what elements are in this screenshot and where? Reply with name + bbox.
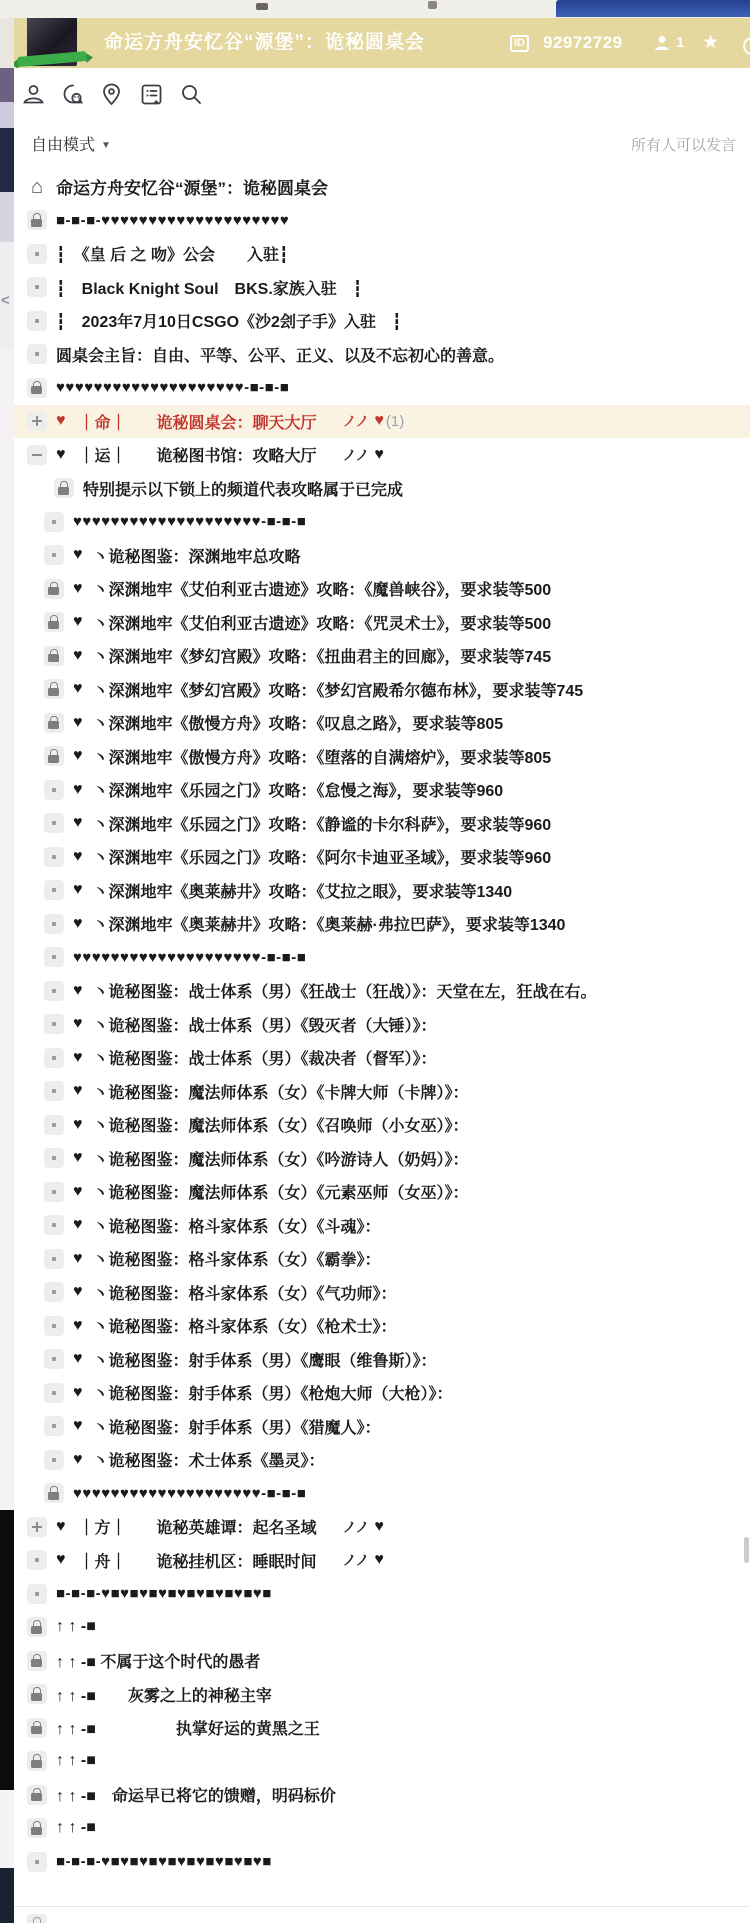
heart-icon: ♥ xyxy=(73,814,83,832)
lock-icon xyxy=(27,1818,47,1838)
heart-icon: ♥ xyxy=(73,781,83,799)
channel-text: ♥♥♥♥♥♥♥♥♥♥♥♥♥♥♥♥♥♥♥♥-■-■-■ xyxy=(73,1485,306,1502)
channel-tag: ｜运｜ xyxy=(79,443,127,466)
scrollbar-thumb[interactable] xyxy=(744,1537,749,1563)
channel-row[interactable]: ┇ 2023年7月10日CSGO《沙2刽子手》入驻 ┇ xyxy=(14,304,750,338)
channel-text: 丶深渊地牢《艾伯利亚古遗迹》攻略：《魔兽峡谷》，要求装等500 xyxy=(93,577,552,600)
partial-header-icon xyxy=(743,37,750,55)
channel-row[interactable]: ♥丶诡秘图鉴：魔法师体系（女）《召唤师（小女巫）》： xyxy=(14,1108,750,1142)
dot-icon xyxy=(44,813,64,833)
channel-row[interactable]: ♥丶诡秘图鉴：深渊地牢总攻略 xyxy=(14,539,750,573)
heart-icon: ♥ xyxy=(374,1551,384,1569)
lock-icon xyxy=(44,679,64,699)
channel-row[interactable]: ♥丶诡秘图鉴：魔法师体系（女）《卡牌大师（卡牌）》： xyxy=(14,1075,750,1109)
channel-row[interactable]: ♥丶深渊地牢《艾伯利亚古遗迹》攻略：《魔兽峡谷》，要求装等500 xyxy=(14,572,750,606)
background-page-strip xyxy=(0,18,14,68)
lock-icon xyxy=(27,1751,47,1771)
channel-category-row[interactable]: ♥｜方｜诡秘英雄谭：起名圣域ノノ♥ xyxy=(14,1510,750,1544)
channel-text: 丶诡秘图鉴：战士体系（男）《裁决者（督军）》： xyxy=(93,1046,437,1069)
lock-icon xyxy=(27,210,47,230)
channel-category-row[interactable]: ♥｜运｜诡秘图书馆：攻略大厅ノノ♥ xyxy=(14,438,750,472)
heart-icon: ♥ xyxy=(374,446,384,464)
heart-icon: ♥ xyxy=(374,1518,384,1536)
dot-icon xyxy=(44,1450,64,1470)
channel-row[interactable]: ↑ ↑ -■ xyxy=(14,1611,750,1645)
dot-icon xyxy=(44,1081,64,1101)
location-pin-icon[interactable] xyxy=(98,81,125,108)
mode-label: 自由模式 xyxy=(31,137,95,154)
heart-icon: ♥ xyxy=(73,1417,83,1435)
channel-text: 丶诡秘图鉴：魔法师体系（女）《元素巫师（女巫）》： xyxy=(93,1180,469,1203)
channel-suffix: ノノ xyxy=(343,411,370,431)
channel-row[interactable]: ♥丶深渊地牢《乐园之门》攻略：《阿尔卡迪亚圣域》，要求装等960 xyxy=(14,840,750,874)
channel-row[interactable]: ♥丶深渊地牢《乐园之门》攻略：《静谧的卡尔科萨》，要求装等960 xyxy=(14,807,750,841)
favorite-star-icon[interactable]: ★ xyxy=(702,18,719,68)
channel-row[interactable]: ┇ Black Knight Soul BKS.家族入驻 ┇ xyxy=(14,271,750,305)
heart-icon: ♥ xyxy=(56,446,66,464)
channel-text: ↑ ↑ -■ 命运早已将它的馈赠，明码标价 xyxy=(56,1783,336,1806)
heart-icon: ♥ xyxy=(73,982,83,1000)
dot-icon xyxy=(44,1249,64,1269)
channel-text: 丶深渊地牢《乐园之门》攻略：《阿尔卡迪亚圣域》，要求装等960 xyxy=(93,845,552,868)
minus-icon xyxy=(27,445,47,465)
channel-text: 丶深渊地牢《艾伯利亚古遗迹》攻略：《咒灵术士》，要求装等500 xyxy=(93,611,552,634)
dot-icon xyxy=(44,1148,64,1168)
channel-text: 丶深渊地牢《乐园之门》攻略：《静谧的卡尔科萨》，要求装等960 xyxy=(93,812,552,835)
dot-icon xyxy=(27,1584,47,1604)
channel-row[interactable]: ♥丶诡秘图鉴：战士体系（男）《狂战士（狂战）》：天堂在左，狂战在右。 xyxy=(14,974,750,1008)
channel-text: ↑ ↑ -■ 灰雾之上的神秘主宰 xyxy=(56,1683,272,1706)
lock-icon xyxy=(44,646,64,666)
channel-tag: ｜舟｜ xyxy=(79,1549,127,1572)
channel-name: 诡秘挂机区：睡眠时间 xyxy=(157,1549,317,1572)
channel-text: 丶诡秘图鉴：格斗家体系（女）《霸拳》： xyxy=(93,1247,381,1270)
lock-icon xyxy=(27,378,47,398)
channel-row[interactable]: 特别提示以下锁上的频道代表攻略属于已完成 xyxy=(14,472,750,506)
channel-text: ♥♥♥♥♥♥♥♥♥♥♥♥♥♥♥♥♥♥♥♥-■-■-■ xyxy=(73,949,306,966)
channel-text: ♥♥♥♥♥♥♥♥♥♥♥♥♥♥♥♥♥♥♥♥-■-■-■ xyxy=(56,379,289,396)
background-smudge xyxy=(256,3,268,10)
channel-list: ⌂命运方舟安忆谷“源堡”：诡秘圆桌会■-■-■-♥♥♥♥♥♥♥♥♥♥♥♥♥♥♥♥… xyxy=(14,170,750,1879)
chevron-down-icon: ▼ xyxy=(101,122,111,170)
channel-text: 丶诡秘图鉴：魔法师体系（女）《卡牌大师（卡牌）》： xyxy=(93,1080,469,1103)
divider xyxy=(14,1906,750,1907)
dot-icon xyxy=(27,244,47,264)
post-board-icon[interactable] xyxy=(138,81,165,108)
mode-bar: 自由模式▼ 所有人可以发言 xyxy=(14,122,750,170)
heart-icon: ♥ xyxy=(73,1015,83,1033)
channel-category-row[interactable]: ♥｜舟｜诡秘挂机区：睡眠时间ノノ♥ xyxy=(14,1544,750,1578)
dot-icon xyxy=(44,847,64,867)
online-members-icon[interactable] xyxy=(652,33,672,53)
channel-text: ┇ 2023年7月10日CSGO《沙2刽子手》入驻 ┇ xyxy=(56,309,402,332)
channel-text: ■-■-■-♥♥♥♥♥♥♥♥♥♥♥♥♥♥♥♥♥♥♥♥ xyxy=(56,212,289,229)
background-smudge xyxy=(428,1,437,9)
channel-text: 丶诡秘图鉴：魔法师体系（女）《吟游诗人（奶妈）》： xyxy=(93,1147,469,1170)
heart-icon: ♥ xyxy=(73,546,83,564)
plus-icon xyxy=(27,1517,47,1537)
dot-icon xyxy=(44,1215,64,1235)
channel-tag: ｜方｜ xyxy=(79,1515,127,1538)
lock-icon xyxy=(44,713,64,733)
dot-icon xyxy=(44,1383,64,1403)
channel-row[interactable]: ♥丶诡秘图鉴：术士体系《墨灵》： xyxy=(14,1443,750,1477)
channel-text: 丶深渊地牢《乐园之门》攻略：《怠慢之海》，要求装等960 xyxy=(93,778,504,801)
server-id: 92972729 xyxy=(543,18,623,68)
lock-icon xyxy=(27,1684,47,1704)
channel-text: ┇ Black Knight Soul BKS.家族入驻 ┇ xyxy=(56,276,362,299)
dot-icon xyxy=(44,512,64,532)
channel-name: 诡秘图书馆：攻略大厅 xyxy=(157,443,317,466)
heart-icon: ♥ xyxy=(73,1283,83,1301)
channel-text: 丶诡秘图鉴：格斗家体系（女）《气功师》： xyxy=(93,1281,397,1304)
mode-selector[interactable]: 自由模式▼ xyxy=(31,122,111,170)
heart-icon: ♥ xyxy=(73,714,83,732)
chat-bubble-face-icon[interactable] xyxy=(60,81,87,108)
heart-icon: ♥ xyxy=(73,1451,83,1469)
heart-icon: ♥ xyxy=(73,1250,83,1268)
dot-icon xyxy=(27,311,47,331)
dot-icon xyxy=(44,914,64,934)
channel-row[interactable]: ♥♥♥♥♥♥♥♥♥♥♥♥♥♥♥♥♥♥♥♥-■-■-■ xyxy=(14,941,750,975)
heart-icon: ♥ xyxy=(73,848,83,866)
channel-text: 圆桌会主旨：自由、平等、公平、正义、以及不忘初心的善意。 xyxy=(56,343,504,366)
channel-row[interactable]: ■-■-■-♥♥♥♥♥♥♥♥♥♥♥♥♥♥♥♥♥♥♥♥ xyxy=(14,204,750,238)
channel-text: 丶深渊地牢《奥莱赫井》攻略：《奥莱赫·弗拉巴萨》，要求装等1340 xyxy=(93,912,566,935)
channel-row[interactable]: ♥丶深渊地牢《奥莱赫井》攻略：《艾拉之眼》，要求装等1340 xyxy=(14,874,750,908)
server-avatar[interactable] xyxy=(26,18,78,67)
channel-text: ↑ ↑ -■ 不属于这个时代的愚者 xyxy=(56,1649,260,1672)
channel-row[interactable]: ♥丶诡秘图鉴：射手体系（男）《枪炮大师（大枪）》： xyxy=(14,1376,750,1410)
dot-icon xyxy=(44,1048,64,1068)
lock-icon xyxy=(27,1785,47,1805)
channel-row[interactable]: ♥丶深渊地牢《奥莱赫井》攻略：《奥莱赫·弗拉巴萨》，要求装等1340 xyxy=(14,907,750,941)
channel-text: 命运方舟安忆谷“源堡”：诡秘圆桌会 xyxy=(56,174,328,199)
background-page-strip xyxy=(0,348,14,1510)
dot-icon xyxy=(44,1416,64,1436)
dot-icon xyxy=(44,1282,64,1302)
lock-icon xyxy=(27,1651,47,1671)
channel-text: ■-■-■-♥■♥■♥■♥■♥■♥■♥■♥■♥■ xyxy=(56,1585,272,1602)
channel-text: 丶深渊地牢《傲慢方舟》攻略：《叹息之路》，要求装等805 xyxy=(93,711,504,734)
channel-row[interactable]: ♥丶深渊地牢《乐园之门》攻略：《怠慢之海》，要求装等960 xyxy=(14,773,750,807)
channel-text: 丶深渊地牢《梦幻宫殿》攻略：《梦幻宫殿希尔德布林》，要求装等745 xyxy=(93,678,584,701)
channel-suffix: ノノ xyxy=(343,445,370,465)
dot-icon xyxy=(44,1115,64,1135)
channel-text: 丶诡秘图鉴：格斗家体系（女）《斗魂》： xyxy=(93,1214,381,1237)
channel-text: 丶诡秘图鉴：射手体系（男）《猎魔人》： xyxy=(93,1415,381,1438)
heart-icon: ♥ xyxy=(73,580,83,598)
lock-icon xyxy=(44,612,64,632)
background-page-strip xyxy=(0,68,14,102)
heart-icon: ♥ xyxy=(73,613,83,631)
dot-icon xyxy=(44,947,64,967)
channel-text: 丶诡秘图鉴：射手体系（男）《鹰眼（维鲁斯）》： xyxy=(93,1348,437,1371)
channel-text: ■-■-■-♥■♥■♥■♥■♥■♥■♥■♥■♥■ xyxy=(56,1853,272,1870)
channel-name: 诡秘圆桌会：聊天大厅 xyxy=(157,410,317,433)
heart-icon: ♥ xyxy=(374,412,384,430)
channel-text: 丶诡秘图鉴：魔法师体系（女）《召唤师（小女巫）》： xyxy=(93,1113,469,1136)
channel-row[interactable]: ■-■-■-♥■♥■♥■♥■♥■♥■♥■♥■♥■ xyxy=(14,1845,750,1879)
channel-tag: ｜命｜ xyxy=(79,410,127,433)
channel-row[interactable]: ↑ ↑ -■ xyxy=(14,1812,750,1846)
channel-row[interactable]: ♥丶深渊地牢《傲慢方舟》攻略：《叹息之路》，要求装等805 xyxy=(14,706,750,740)
heart-icon: ♥ xyxy=(73,1116,83,1134)
avatar-ribbon-decoration xyxy=(18,51,87,67)
channel-row[interactable]: ♥丶诡秘图鉴：格斗家体系（女）《枪术士》： xyxy=(14,1309,750,1343)
collapse-chevron-icon[interactable]: < xyxy=(1,292,13,309)
heart-icon: ♥ xyxy=(56,1551,66,1569)
dot-icon xyxy=(27,1852,47,1872)
channel-text: 丶诡秘图鉴：射手体系（男）《枪炮大师（大枪）》： xyxy=(93,1381,453,1404)
channel-row[interactable]: ♥丶诡秘图鉴：射手体系（男）《鹰眼（维鲁斯）》： xyxy=(14,1343,750,1377)
channel-row[interactable]: ♥♥♥♥♥♥♥♥♥♥♥♥♥♥♥♥♥♥♥♥-■-■-■ xyxy=(14,1477,750,1511)
channel-text: ↑ ↑ -■ 执掌好运的黄黑之王 xyxy=(56,1716,320,1739)
channel-text: ↑ ↑ -■ xyxy=(56,1618,96,1636)
channel-row[interactable]: ↑ ↑ -■ xyxy=(14,1745,750,1779)
channel-row[interactable]: ♥丶诡秘图鉴：射手体系（男）《猎魔人》： xyxy=(14,1410,750,1444)
channel-text: 丶诡秘图鉴：战士体系（男）《毁灭者（大锤）》： xyxy=(93,1013,437,1036)
channel-text: ↑ ↑ -■ xyxy=(56,1819,96,1837)
channel-text: 丶诡秘图鉴：格斗家体系（女）《枪术士》： xyxy=(93,1314,397,1337)
background-page-strip xyxy=(0,192,14,242)
heart-icon: ♥ xyxy=(56,412,66,430)
channel-row[interactable]: ↑ ↑ -■ 执掌好运的黄黑之王 xyxy=(14,1711,750,1745)
channel-suffix: ノノ xyxy=(343,1517,370,1537)
background-page-strip xyxy=(0,102,14,128)
heart-icon: ♥ xyxy=(73,1183,83,1201)
partial-channel-icon xyxy=(27,1914,47,1923)
unread-count: (1) xyxy=(386,413,404,430)
id-badge-icon: ID xyxy=(510,35,529,52)
channel-row[interactable]: ♥♥♥♥♥♥♥♥♥♥♥♥♥♥♥♥♥♥♥♥-■-■-■ xyxy=(14,371,750,405)
channel-row[interactable]: ↑ ↑ -■ 命运早已将它的馈赠，明码标价 xyxy=(14,1778,750,1812)
plus-icon xyxy=(27,411,47,431)
app-panel: 命运方舟安忆谷“源堡”：诡秘圆桌会 ID 92972729 1 ★ xyxy=(14,18,750,1923)
dot-icon xyxy=(44,981,64,1001)
channel-row[interactable]: ┇ 《皇 后 之 吻》公会 入驻┇ xyxy=(14,237,750,271)
search-icon[interactable] xyxy=(178,81,205,108)
channel-row[interactable]: ♥丶诡秘图鉴：战士体系（男）《毁灭者（大锤）》： xyxy=(14,1008,750,1042)
dot-icon xyxy=(44,1349,64,1369)
channel-suffix: ノノ xyxy=(343,1550,370,1570)
lock-icon xyxy=(44,1483,64,1503)
dot-icon xyxy=(44,1316,64,1336)
channel-text: 丶诡秘图鉴：战士体系（男）《狂战士（狂战）》：天堂在左，狂战在右。 xyxy=(93,979,597,1002)
dot-icon xyxy=(44,1014,64,1034)
channel-text: 丶深渊地牢《奥莱赫井》攻略：《艾拉之眼》，要求装等1340 xyxy=(93,879,513,902)
member-icon[interactable] xyxy=(20,81,47,108)
dot-icon xyxy=(27,1550,47,1570)
heart-icon: ♥ xyxy=(73,881,83,899)
dot-icon xyxy=(44,545,64,565)
channel-name: 诡秘英雄谭：起名圣域 xyxy=(157,1515,317,1538)
channel-row[interactable]: ♥丶诡秘图鉴：格斗家体系（女）《斗魂》： xyxy=(14,1209,750,1243)
heart-icon: ♥ xyxy=(73,1317,83,1335)
lock-icon xyxy=(44,579,64,599)
channel-row[interactable]: ■-■-■-♥■♥■♥■♥■♥■♥■♥■♥■♥■ xyxy=(14,1577,750,1611)
home-icon: ⌂ xyxy=(27,177,47,197)
heart-icon: ♥ xyxy=(73,1049,83,1067)
channel-row[interactable]: ♥丶深渊地牢《梦幻宫殿》攻略：《梦幻宫殿希尔德布林》，要求装等745 xyxy=(14,673,750,707)
heart-icon: ♥ xyxy=(73,1149,83,1167)
channel-text: 丶诡秘图鉴：术士体系《墨灵》： xyxy=(93,1448,325,1471)
lock-icon xyxy=(27,1718,47,1738)
heart-icon: ♥ xyxy=(56,1518,66,1536)
channel-row[interactable]: ♥丶深渊地牢《艾伯利亚古遗迹》攻略：《咒灵术士》，要求装等500 xyxy=(14,606,750,640)
member-count: 1 xyxy=(676,18,684,68)
channel-text: 丶深渊地牢《傲慢方舟》攻略：《堕落的自满熔炉》，要求装等805 xyxy=(93,745,552,768)
channel-text: 特别提示以下锁上的频道代表攻略属于已完成 xyxy=(83,477,403,500)
background-page-strip xyxy=(0,1510,14,1790)
heart-icon: ♥ xyxy=(73,680,83,698)
background-page-strip xyxy=(0,1790,14,1868)
background-page-strip xyxy=(0,128,14,192)
dot-icon xyxy=(27,277,47,297)
heart-icon: ♥ xyxy=(73,915,83,933)
channel-row[interactable]: ♥丶诡秘图鉴：魔法师体系（女）《吟游诗人（奶妈）》： xyxy=(14,1142,750,1176)
channel-text: 丶诡秘图鉴：深渊地牢总攻略 xyxy=(93,544,301,567)
heart-icon: ♥ xyxy=(73,1350,83,1368)
lock-icon xyxy=(44,746,64,766)
lock-icon xyxy=(54,478,74,498)
channel-row[interactable]: ♥丶深渊地牢《傲慢方舟》攻略：《堕落的自满熔炉》，要求装等805 xyxy=(14,740,750,774)
channel-row[interactable]: ♥丶深渊地牢《梦幻宫殿》攻略：《扭曲君主的回廊》，要求装等745 xyxy=(14,639,750,673)
channel-row[interactable]: ♥♥♥♥♥♥♥♥♥♥♥♥♥♥♥♥♥♥♥♥-■-■-■ xyxy=(14,505,750,539)
dot-icon xyxy=(44,880,64,900)
channel-row[interactable]: ↑ ↑ -■ 不属于这个时代的愚者 xyxy=(14,1644,750,1678)
channel-text: ↑ ↑ -■ xyxy=(56,1752,96,1770)
permission-text: 所有人可以发言 xyxy=(631,122,736,170)
background-page-strip xyxy=(0,1868,14,1923)
dot-icon xyxy=(27,344,47,364)
channel-text: ♥♥♥♥♥♥♥♥♥♥♥♥♥♥♥♥♥♥♥♥-■-■-■ xyxy=(73,513,306,530)
toolbar xyxy=(14,68,750,122)
heart-icon: ♥ xyxy=(73,647,83,665)
background-banner xyxy=(556,0,750,17)
channel-row[interactable]: ♥丶诡秘图鉴：格斗家体系（女）《气功师》： xyxy=(14,1276,750,1310)
channel-text: 丶深渊地牢《梦幻宫殿》攻略：《扭曲君主的回廊》，要求装等745 xyxy=(93,644,552,667)
lock-icon xyxy=(27,1617,47,1637)
heart-icon: ♥ xyxy=(73,747,83,765)
heart-icon: ♥ xyxy=(73,1216,83,1234)
channel-text: ┇ 《皇 后 之 吻》公会 入驻┇ xyxy=(56,242,289,265)
channel-row[interactable]: 圆桌会主旨：自由、平等、公平、正义、以及不忘初心的善意。 xyxy=(14,338,750,372)
channel-row[interactable]: ↑ ↑ -■ 灰雾之上的神秘主宰 xyxy=(14,1678,750,1712)
channel-row[interactable]: ⌂命运方舟安忆谷“源堡”：诡秘圆桌会 xyxy=(14,170,750,204)
channel-row[interactable]: ♥丶诡秘图鉴：战士体系（男）《裁决者（督军）》： xyxy=(14,1041,750,1075)
dot-icon xyxy=(44,1182,64,1202)
server-title: 命运方舟安忆谷“源堡”：诡秘圆桌会 xyxy=(104,18,425,68)
heart-icon: ♥ xyxy=(73,1082,83,1100)
background-page-top xyxy=(0,0,750,18)
dot-icon xyxy=(44,780,64,800)
server-header: 命运方舟安忆谷“源堡”：诡秘圆桌会 ID 92972729 1 ★ xyxy=(14,18,750,68)
heart-icon: ♥ xyxy=(73,1384,83,1402)
channel-category-row[interactable]: ♥｜命｜诡秘圆桌会：聊天大厅ノノ♥(1) xyxy=(14,405,750,439)
channel-row[interactable]: ♥丶诡秘图鉴：格斗家体系（女）《霸拳》： xyxy=(14,1242,750,1276)
channel-row[interactable]: ♥丶诡秘图鉴：魔法师体系（女）《元素巫师（女巫）》： xyxy=(14,1175,750,1209)
